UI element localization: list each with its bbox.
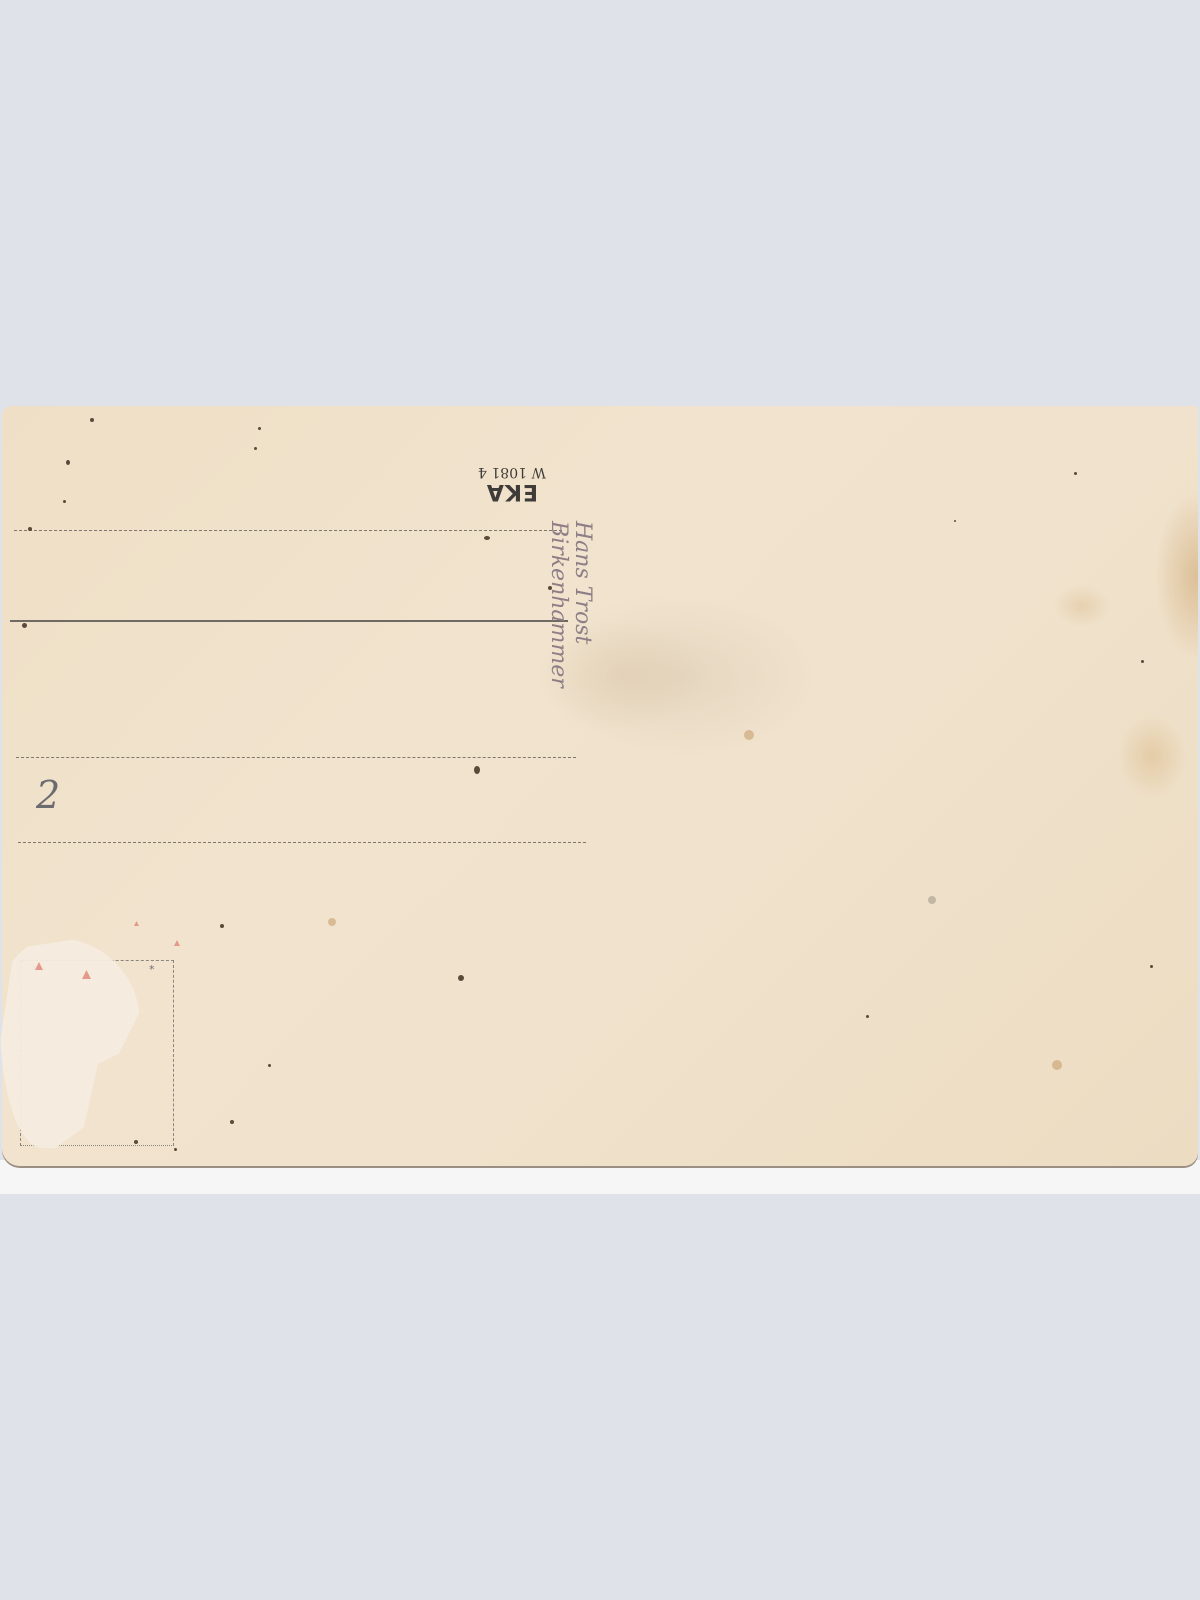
sender-name: Hans Trost [570,521,594,688]
speck [174,1148,177,1151]
speck [22,623,27,628]
address-line-4 [18,842,586,843]
speck [90,418,94,422]
address-line-1 [14,530,562,531]
speck [484,536,490,540]
speck [220,924,224,928]
speck [1141,660,1144,663]
speck [954,520,956,522]
star-icon: * [149,963,155,976]
speck [230,1120,234,1124]
speck [254,447,257,450]
speck [134,1140,138,1144]
speck [28,527,32,531]
stain [1052,1060,1062,1070]
printer-code: W 1081 4 [478,464,546,480]
stain [744,730,754,740]
address-line-3 [16,757,576,758]
speck [66,460,70,465]
pencil-note: 2 [36,773,60,817]
speck [268,1064,271,1067]
speck [866,1015,869,1018]
speck [63,500,66,503]
speck [1074,472,1077,475]
printer-brand: EKA [478,480,546,502]
printer-mark: EKA W 1081 4 [478,464,546,502]
sender-rubber-stamp: Hans Trost Birkenhammer [546,521,594,688]
speck [258,427,261,430]
sender-place: Birkenhammer [546,521,570,688]
speck [548,586,552,590]
speck [458,975,464,981]
postcard-back [2,406,1198,1166]
speck [474,766,480,774]
address-line-2 [10,620,568,622]
stain [328,918,336,926]
speck [1150,965,1153,968]
stain [928,896,936,904]
